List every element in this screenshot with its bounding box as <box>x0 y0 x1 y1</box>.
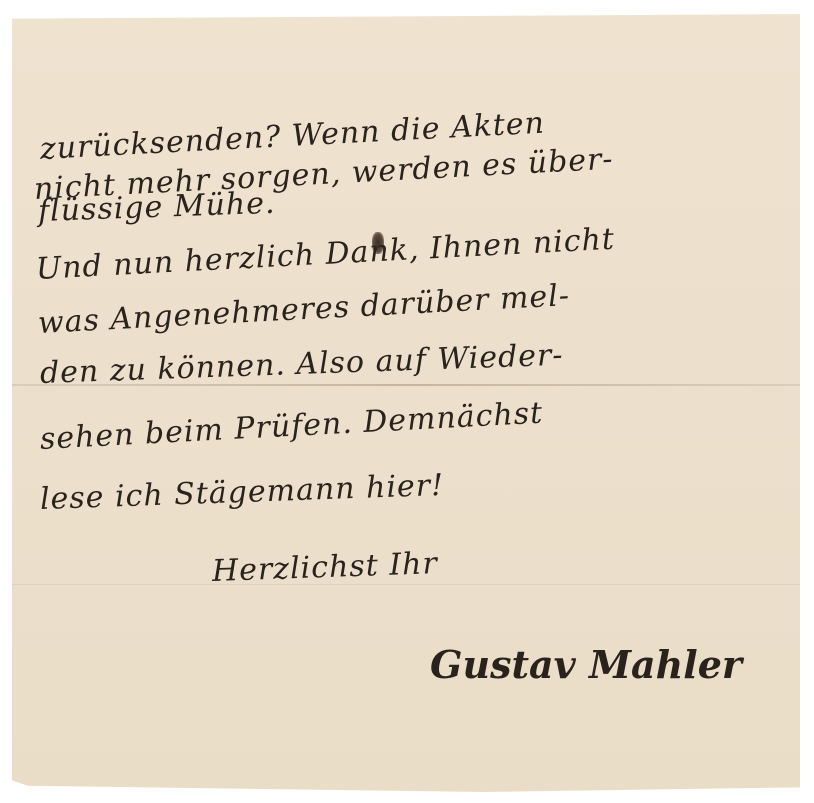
letter-line-4: Und nun herzlich Dank, Ihnen nicht <box>35 222 616 287</box>
letter-line-8: lese ich Stägemann hier! <box>39 468 444 517</box>
letter-line-5: was Angenehmeres darüber mel- <box>37 278 571 341</box>
letter-line-3: flüssige Mühe. <box>37 186 276 229</box>
letter-closing: Herzlichst Ihr <box>211 546 438 589</box>
letter-line-6: den zu können. Also auf Wieder- <box>39 338 564 391</box>
letter-paper: zurücksenden? Wenn die Akten nicht mehr … <box>12 14 800 792</box>
letter-line-7: sehen beim Prüfen. Demnächst <box>39 396 544 457</box>
paper-fold-crease-secondary <box>12 584 800 585</box>
signature: Gustav Mahler <box>430 642 742 687</box>
